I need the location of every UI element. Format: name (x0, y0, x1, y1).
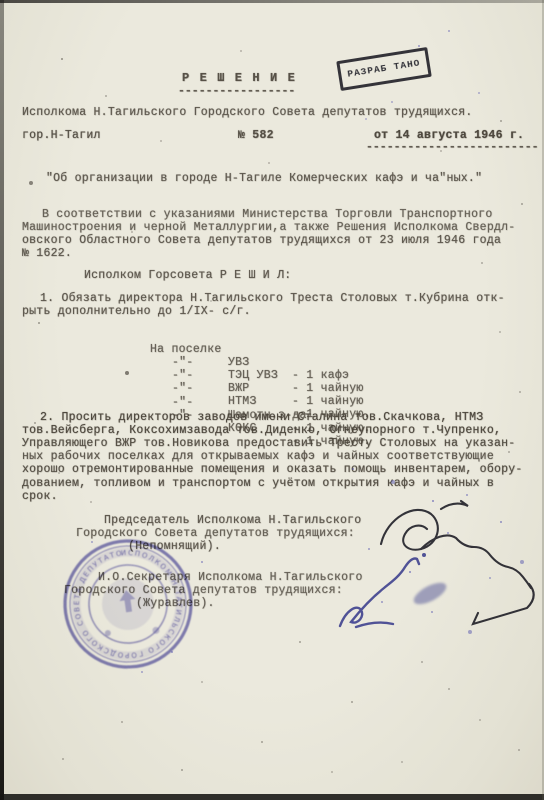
city-label: гор.Н-Тагил (22, 129, 101, 142)
document-number: № 582 (238, 129, 274, 142)
preamble-line: № 1622. (22, 247, 72, 260)
item-2-line: 2. Просить директоров заводов имени Стал… (40, 411, 483, 424)
item-2-line: Управляющего ВЖР тов.Новикова предостави… (22, 437, 515, 450)
round-official-stamp: ИСПОЛКОМ Н-ТАГИЛЬСКОГО ГОРОДСКОГО СОВЕТА… (49, 525, 207, 683)
scan-edge-top (0, 0, 544, 3)
item-2-line: тов.Вейсберга, Коксохимзавода тов.Диденк… (22, 424, 501, 437)
table-row: -"- ВЖР - 1 чайную (150, 356, 410, 369)
chairman-title-line: Председатель Исполкома Н.Тагильского (104, 514, 361, 527)
table-row: -"- ТЭЦ УВЗ - 1 чайную (150, 343, 410, 356)
scan-edge-bottom (0, 794, 544, 800)
item-1-line: 1. Обязать директора Н.Тагильского Трест… (40, 292, 505, 305)
item-2-line: дованием, топливом и транспортом с учёто… (22, 477, 494, 490)
preamble-line: В соответствии с указаниями Министерства… (42, 208, 493, 221)
allocation-table: На поселке УВЗ - 1 кафэ -"- ТЭЦ УВЗ - 1 … (150, 330, 410, 410)
scanned-resolution-document: РАЗРАБ ТАНО Р Е Ш Е Н И Е --------------… (0, 0, 544, 800)
scan-edge-left (0, 0, 4, 800)
table-row: -"- КОКС - 1 чайную. (150, 396, 410, 409)
item-2-line: хорошо отремонтированные помещения и ока… (22, 463, 523, 476)
preamble-line: овского Областного Совета депутатов труд… (22, 234, 501, 247)
item-2-line: ных рабочих поселках для открываемых каф… (22, 450, 494, 463)
table-row: -"- Шамотн.з-да - 1 чайную. (150, 383, 410, 396)
declassification-stamp: РАЗРАБ ТАНО (336, 47, 432, 91)
declassification-stamp-text: РАЗРАБ ТАНО (347, 59, 421, 80)
item-2-line: срок. (22, 490, 58, 503)
subject-line: "Об организации в городе Н-Тагиле Комерч… (46, 172, 482, 185)
date-underline: ------------------------- (366, 141, 539, 154)
document-title: Р Е Ш Е Н И Е (182, 72, 296, 85)
preamble-line: Машиностроения и черной Металлургии,а та… (22, 221, 515, 234)
table-row: На поселке УВЗ - 1 кафэ (150, 330, 410, 343)
item-1-line: рыть дополнительно до 1/IX- с/г. (22, 305, 251, 318)
secretary-signature-ink (326, 538, 436, 638)
table-row: -"- НТМЗ - 1 чайную. (150, 369, 410, 382)
issuing-org-line: Исполкома Н.Тагильского Городского Совет… (22, 106, 473, 119)
resolution-heading: Исполком Горсовета Р Е Ш И Л: (84, 269, 291, 282)
title-underline: ----------------- (178, 85, 295, 98)
